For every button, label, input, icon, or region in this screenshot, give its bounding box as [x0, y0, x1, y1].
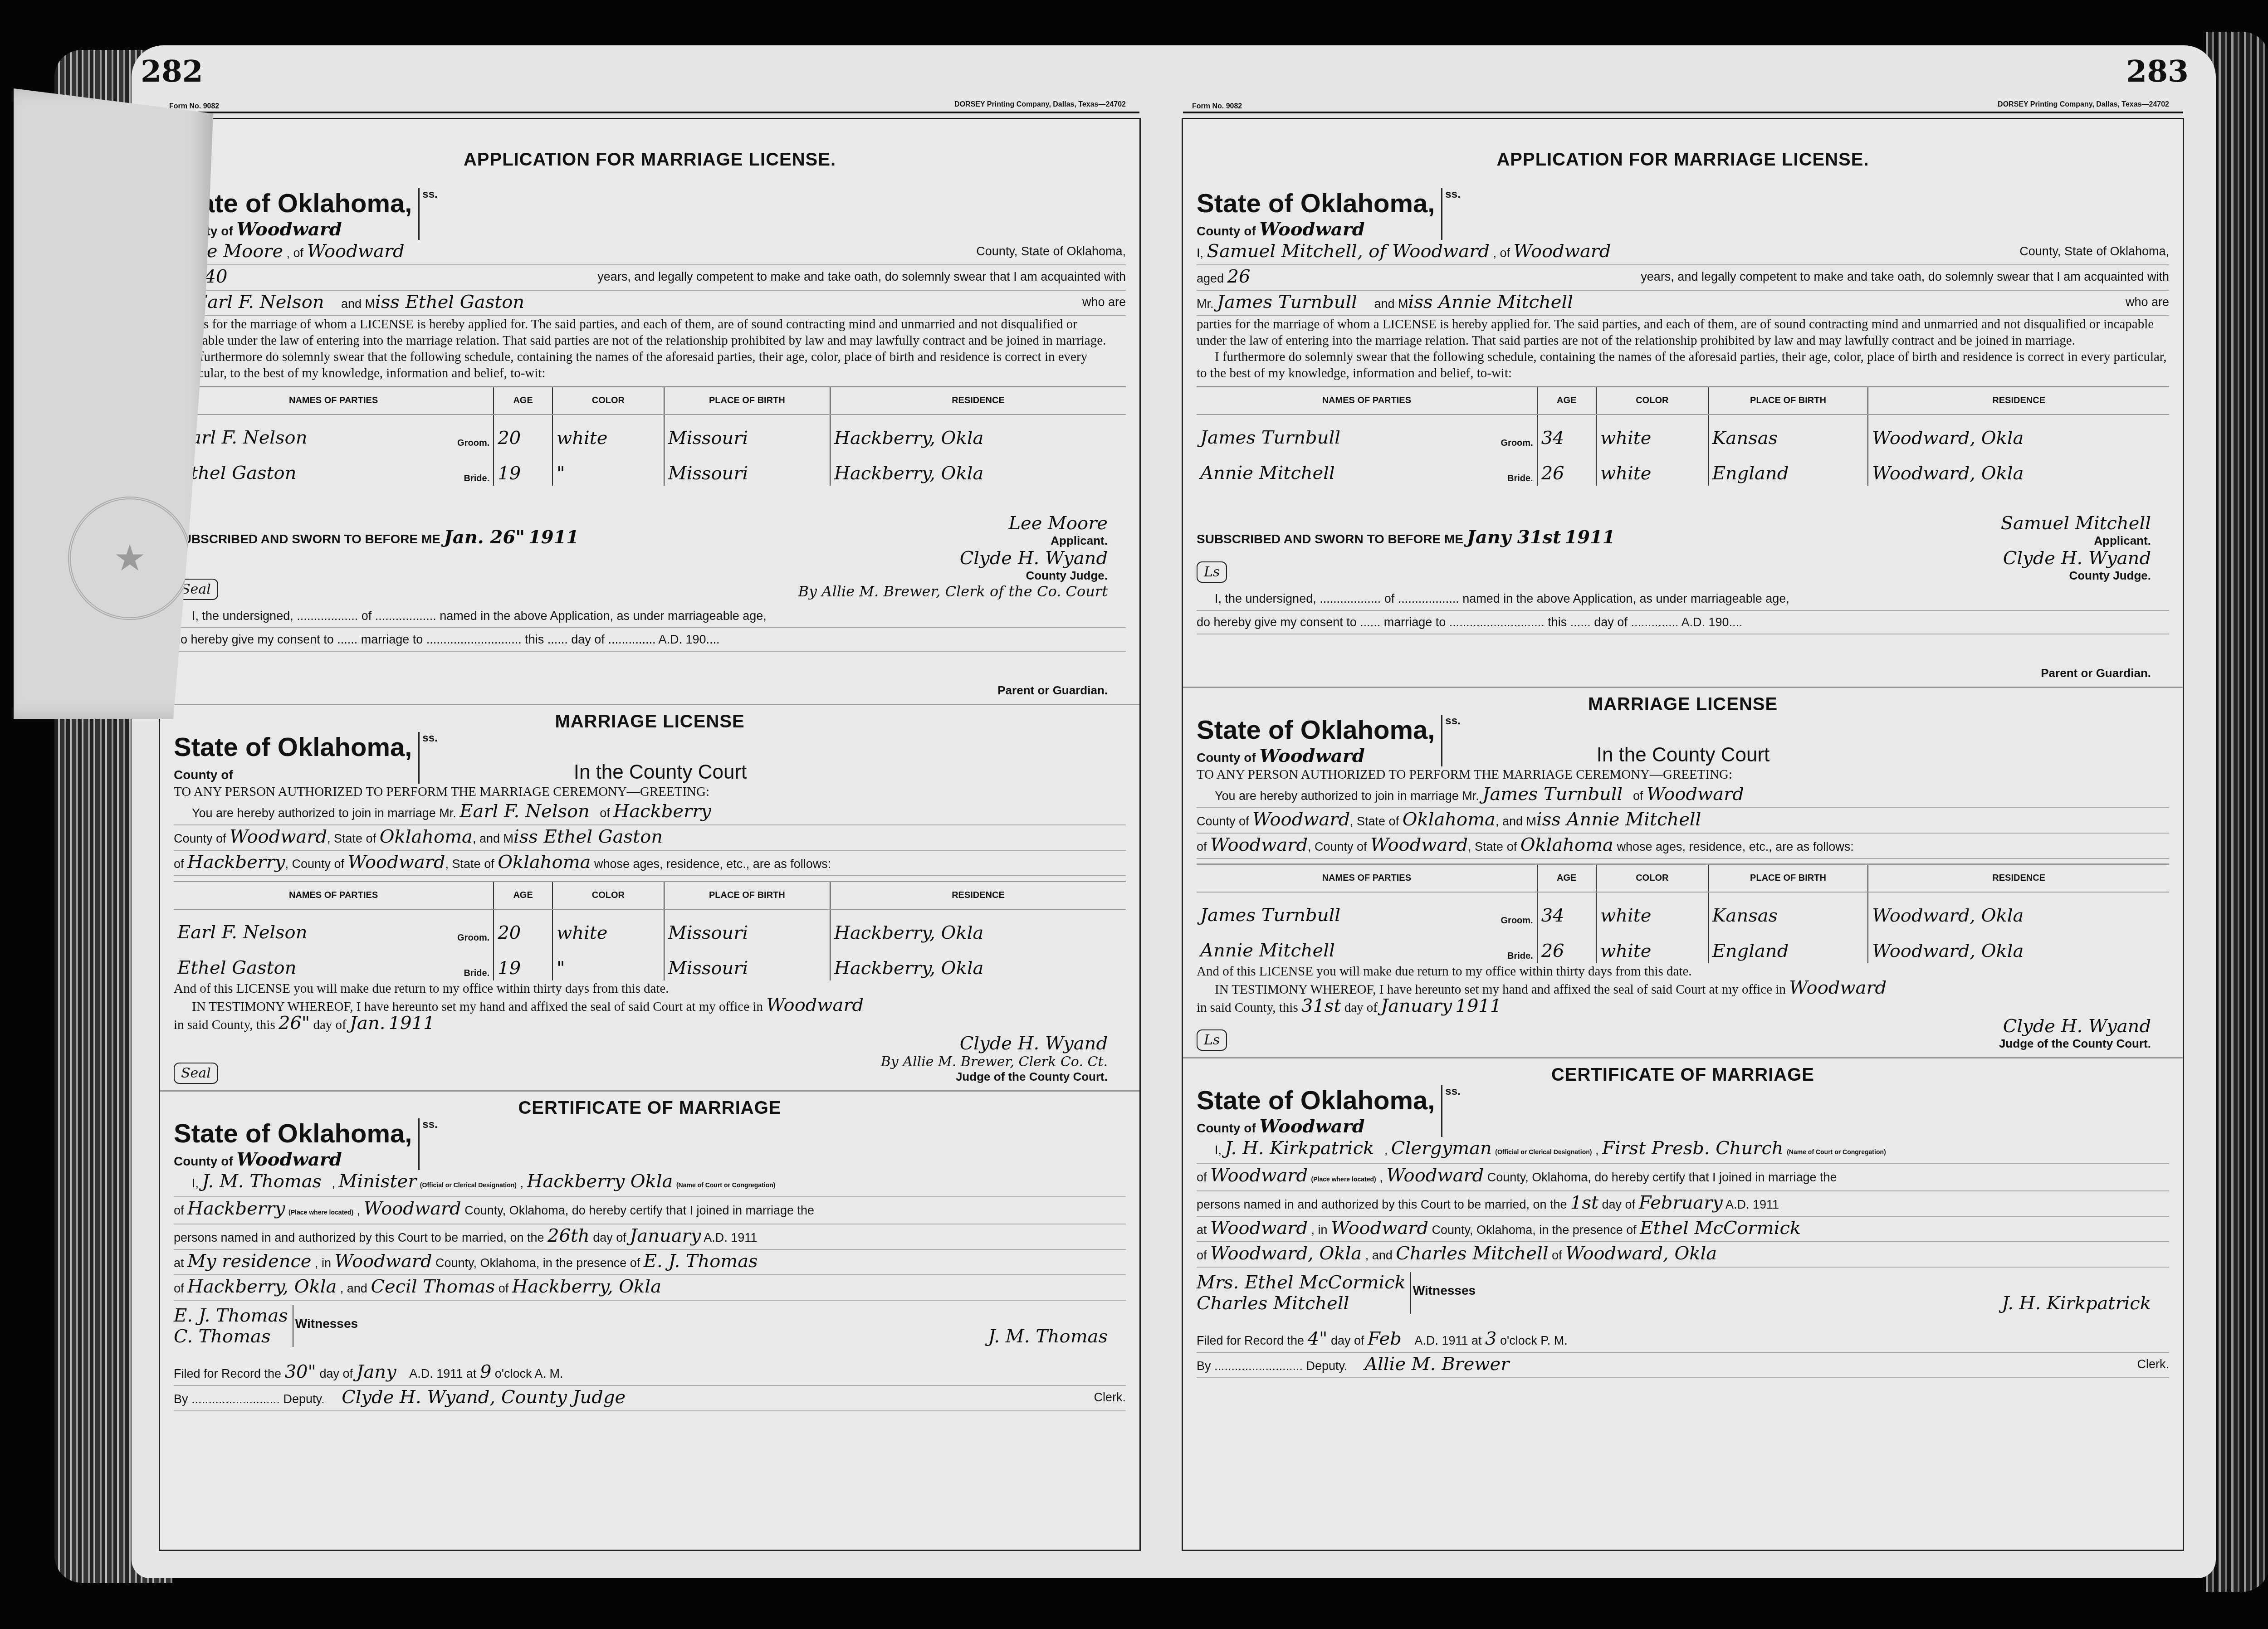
clerk-by-signature: By Allie M. Brewer, Clerk of the Co. Cou…	[798, 583, 1108, 600]
party-role: Bride.	[1507, 473, 1533, 484]
cell-birthplace: Kansas	[1708, 892, 1868, 928]
venue-block: State of Oklahoma, County of Woodward	[1197, 188, 1442, 240]
seal-mark: Ls	[1197, 1029, 1227, 1051]
entry-residence: Woodward, Okla	[1872, 428, 2024, 449]
cell-name: Earl F. NelsonGroom.	[174, 415, 494, 450]
table-header-row: NAMES OF PARTIESAGECOLORPLACE OF BIRTHRE…	[1197, 387, 2169, 415]
cell-age: 26	[1537, 450, 1596, 486]
column-header: COLOR	[1596, 864, 1708, 893]
license-judge-block: Clyde H. WyandJudge of the County Court.	[1999, 1016, 2169, 1051]
married-year: A.D. 1911	[1725, 1198, 1779, 1211]
section-divider	[160, 1090, 1139, 1092]
venue-block: State of Oklahoma,County of Woodward	[174, 1118, 420, 1170]
witnesses-label: Witnesses	[1413, 1283, 1476, 1297]
license-title: MARRIAGE LICENSE	[1197, 694, 2169, 715]
license-date-line: in said County, this 26" day of Jan. 191…	[174, 1015, 1126, 1033]
page-283: 283 Form No. 9082 DORSEY Printing Compan…	[1159, 45, 2216, 1578]
entry-name: James Turnbull	[1200, 905, 1340, 926]
entry-name: Earl F. Nelson	[177, 427, 307, 448]
cell-name: Annie MitchellBride.	[1197, 928, 1537, 963]
license-groom-county: Woodward	[1252, 809, 1350, 830]
officiant-place: Hackberry	[187, 1198, 285, 1219]
authorized-text: You are hereby authorized to join in mar…	[192, 806, 456, 820]
license-judge-label: Judge of the County Court.	[1999, 1037, 2151, 1051]
authorized-text: You are hereby authorized to join in mar…	[1215, 789, 1479, 803]
entry-color: white	[1600, 905, 1652, 926]
entry-birthplace: Missouri	[668, 428, 748, 449]
cell-residence: Hackberry, Okla	[830, 450, 1126, 486]
cell-color: white	[1596, 892, 1708, 928]
county-value: Woodward	[236, 219, 342, 240]
license-month: January	[1381, 995, 1452, 1016]
entry-name: Annie Mitchell	[1200, 463, 1335, 483]
who-are-text: who are	[2126, 291, 2169, 313]
sworn-year: 1911	[1564, 527, 1615, 548]
cell-birthplace: Missouri	[664, 909, 830, 945]
license-groom-line: You are hereby authorized to join in mar…	[1197, 783, 2169, 808]
seal-mark: Ls	[1197, 561, 1227, 583]
testimony-text: IN TESTIMONY WHEREOF, I have hereunto se…	[1215, 982, 1786, 997]
judge-label: County Judge.	[798, 569, 1108, 583]
deputy-line: By .......................... Deputy. Al…	[1197, 1353, 2169, 1378]
county-line: County of Woodward	[1197, 219, 1435, 240]
furthermore-text: I furthermore do solemnly swear that the…	[1197, 349, 2169, 381]
years-text: years, and legally competent to make and…	[597, 265, 1126, 288]
cell-birthplace: Missouri	[664, 450, 830, 486]
section-divider	[160, 704, 1139, 705]
venue-block: State of Oklahoma, County of Woodward	[174, 188, 420, 240]
party-role: Groom.	[1501, 438, 1533, 449]
applicant-label: Applicant.	[1008, 534, 1108, 548]
license-judge-signature: Clyde H. Wyand	[881, 1033, 1108, 1054]
married-month: January	[630, 1225, 701, 1246]
column-header: RESIDENCE	[1868, 387, 2169, 415]
certificate-section: CERTIFICATE OF MARRIAGE State of Oklahom…	[160, 1098, 1139, 1411]
witness-signature-1: Mrs. Ethel McCormick	[1197, 1272, 1406, 1293]
entry-residence: Woodward, Okla	[1872, 905, 2024, 926]
designation-caption: (Official or Clerical Designation)	[420, 1181, 517, 1189]
return-text: And of this LICENSE you will make due re…	[1197, 963, 2169, 980]
ceremony-county: Woodward	[1331, 1218, 1428, 1239]
filed-line: Filed for Record the 4" day of Feb A.D. …	[1197, 1327, 2169, 1353]
party-role: Bride.	[1507, 951, 1533, 961]
groom-name: James Turnbull	[1217, 292, 1357, 312]
county-line: County of Woodward	[174, 219, 412, 240]
table-row: Annie MitchellBride.26whiteEnglandWoodwa…	[1197, 928, 2169, 963]
form-body: APPLICATION FOR MARRIAGE LICENSE. State …	[160, 118, 1139, 1411]
party-role: Bride.	[464, 473, 490, 484]
table-row: Earl F. NelsonGroom.20whiteMissouriHackb…	[174, 909, 1126, 945]
designation-caption: (Official or Clerical Designation)	[1495, 1148, 1592, 1156]
congregation: First Presb. Church	[1602, 1138, 1784, 1159]
filed-line: Filed for Record the 30" day of Jany A.D…	[174, 1361, 1126, 1386]
entry-age: 20	[498, 428, 521, 449]
filed-ampm: o'clock A. M.	[495, 1367, 563, 1380]
cell-color: white	[552, 909, 664, 945]
license-bride-county: Woodward	[348, 852, 445, 873]
license-section: MARRIAGE LICENSE State of Oklahoma,Count…	[160, 712, 1139, 1084]
deputy-line: By .......................... Deputy. Cl…	[174, 1386, 1126, 1411]
witness-box: E. J. ThomasC. Thomas	[174, 1305, 293, 1347]
section-divider	[1183, 1057, 2183, 1058]
license-section: MARRIAGE LICENSE State of Oklahoma,Count…	[1183, 694, 2183, 1051]
license-groom: Earl F. Nelson	[459, 801, 589, 822]
officiant-designation: Minister	[339, 1171, 417, 1192]
witness-signature-2: Charles Mitchell	[1197, 1293, 1406, 1314]
testimony-line: IN TESTIMONY WHEREOF, I have hereunto se…	[1197, 980, 2169, 998]
county-line: County of	[174, 762, 412, 784]
license-venue-row: State of Oklahoma,County of Woodwardss. …	[1197, 715, 2169, 766]
witness-1-of: Woodward, Okla	[1210, 1243, 1362, 1264]
persons-text: persons named in and authorized by this …	[174, 1231, 544, 1244]
venue-block: State of Oklahoma,County of	[174, 732, 420, 784]
entry-age: 20	[498, 922, 521, 943]
applicant-age: 26	[1227, 266, 1251, 287]
judge-signature-block: Clyde H. WyandCounty Judge.	[2003, 548, 2169, 583]
license-bride-county: Woodward	[1370, 834, 1468, 855]
who-are-text: who are	[1082, 291, 1126, 313]
table-header-row: NAMES OF PARTIESAGECOLORPLACE OF BIRTHRE…	[174, 882, 1126, 910]
license-bride-of: Woodward	[1210, 834, 1308, 855]
party-role: Bride.	[464, 968, 490, 979]
county-line: County of Woodward	[174, 1149, 412, 1170]
of-label: , of	[287, 246, 304, 260]
clerk-signature: Clyde H. Wyand, County Judge	[342, 1387, 626, 1408]
entry-name: James Turnbull	[1200, 427, 1340, 448]
married-day: 26th	[547, 1225, 590, 1246]
cell-name: Annie MitchellBride.	[1197, 450, 1537, 486]
cell-residence: Woodward, Okla	[1868, 415, 2169, 450]
certificate-title: CERTIFICATE OF MARRIAGE	[174, 1098, 1126, 1118]
court-heading: In the County Court	[574, 761, 747, 784]
license-clerk-by: By Allie M. Brewer, Clerk Co. Ct.	[881, 1054, 1108, 1070]
cell-color: white	[552, 415, 664, 450]
cell-age: 34	[1537, 892, 1596, 928]
consent-line-2: do hereby give my consent to ...... marr…	[1197, 611, 2169, 634]
witness-1: Ethel McCormick	[1640, 1218, 1801, 1239]
entry-age: 34	[1541, 428, 1564, 449]
column-header: COLOR	[552, 387, 664, 415]
and-m-label: and M	[1374, 297, 1408, 311]
license-date-line: in said County, this 31st day of January…	[1197, 998, 2169, 1016]
cell-birthplace: Kansas	[1708, 415, 1868, 450]
license-groom-of: Hackberry	[613, 801, 711, 822]
officiant-line: I, J. H. Kirkpatrick , Clergyman (Offici…	[1197, 1137, 2169, 1164]
table-row: Ethel GastonBride.19"MissouriHackberry, …	[174, 450, 1126, 486]
license-title: MARRIAGE LICENSE	[174, 712, 1126, 732]
license-groom-of: Woodward	[1647, 784, 1744, 805]
filed-month: Jany	[356, 1361, 396, 1382]
ss-mark: ss.	[422, 1118, 437, 1131]
witness-box: Mrs. Ethel McCormickCharles Mitchell	[1197, 1272, 1411, 1314]
cell-birthplace: Missouri	[664, 415, 830, 450]
venue-block: State of Oklahoma,County of Woodward	[1197, 1085, 1442, 1137]
persons-text: persons named in and authorized by this …	[1197, 1198, 1567, 1211]
parties-table: NAMES OF PARTIESAGECOLORPLACE OF BIRTHRE…	[174, 881, 1126, 980]
officiant-line: I, J. M. Thomas , Minister (Official or …	[174, 1170, 1126, 1197]
table-row: Ethel GastonBride.19"MissouriHackberry, …	[174, 945, 1126, 980]
married-day: 1st	[1570, 1192, 1598, 1213]
county-state-text: County, State of Oklahoma,	[2019, 240, 2169, 263]
sworn-line: SUBSCRIBED AND SWORN TO BEFORE ME Jan. 2…	[174, 527, 579, 548]
witness-2: Charles Mitchell	[1396, 1243, 1548, 1264]
cell-color: white	[1596, 415, 1708, 450]
cell-birthplace: England	[1708, 928, 1868, 963]
entry-residence: Hackberry, Okla	[834, 958, 983, 979]
judge-signature: Clyde H. Wyand	[2003, 548, 2151, 569]
guardian-label: Parent or Guardian.	[1197, 666, 2151, 680]
witness-signature-1: E. J. Thomas	[174, 1305, 288, 1326]
county-value: Woodward	[236, 1149, 342, 1170]
cell-residence: Hackberry, Okla	[830, 945, 1126, 980]
ss-mark: ss.	[1445, 715, 1460, 727]
column-header: NAMES OF PARTIES	[1197, 387, 1537, 415]
cell-residence: Woodward, Okla	[1868, 892, 2169, 928]
state-heading: State of Oklahoma,	[1197, 1085, 1435, 1116]
place-caption: (Place where located)	[288, 1209, 353, 1216]
cell-name: Ethel GastonBride.	[174, 945, 494, 980]
license-bride-residence-line: of Woodward, County of Woodward, State o…	[1197, 834, 2169, 859]
form-number: Form No. 9082	[1192, 102, 1242, 111]
certify-text: County, Oklahoma, do hereby certify that…	[1487, 1171, 1837, 1184]
sworn-label: SUBSCRIBED AND SWORN TO BEFORE ME	[1197, 532, 1463, 546]
officiant-signature: J. H. Kirkpatrick	[2002, 1293, 2169, 1314]
court-heading: In the County Court	[1597, 744, 1770, 766]
office-in: Woodward	[1789, 977, 1887, 998]
state-heading: State of Oklahoma,	[1197, 715, 1435, 745]
applicant-prefix: I,	[1197, 246, 1203, 260]
officiant-designation: Clergyman	[1391, 1138, 1492, 1159]
license-year: 1911	[1455, 995, 1501, 1016]
state-heading: State of Oklahoma,	[1197, 188, 1435, 219]
ss-mark: ss.	[1445, 188, 1460, 201]
party-role: Groom.	[1501, 916, 1533, 926]
license-groom-state: Oklahoma	[1403, 809, 1496, 830]
applicant-county: Woodward	[307, 241, 405, 262]
license-groom-state: Oklahoma	[380, 826, 473, 847]
page-282: 282 Form No. 9082 DORSEY Printing Compan…	[132, 45, 1159, 1578]
day-of-label: day of	[313, 1018, 347, 1032]
entry-color: "	[557, 463, 565, 484]
filed-time: 9	[480, 1361, 491, 1382]
entry-birthplace: Kansas	[1712, 905, 1778, 926]
bride-name: iss Annie Mitchell	[1408, 292, 1573, 312]
table-row: James TurnbullGroom.34whiteKansasWoodwar…	[1197, 415, 2169, 450]
form-frame: Form No. 9082 DORSEY Printing Company, D…	[1182, 118, 2184, 1551]
witness-signature-2: C. Thomas	[174, 1326, 288, 1347]
entry-name: Annie Mitchell	[1200, 940, 1335, 961]
groom-name: Earl F. Nelson	[194, 292, 324, 312]
guardian-block: Parent or Guardian.	[1197, 666, 2169, 680]
officiant-place: Woodward	[1210, 1165, 1308, 1186]
in-county-this: in said County, this	[174, 1018, 275, 1032]
cell-residence: Hackberry, Okla	[830, 909, 1126, 945]
column-header: RESIDENCE	[1868, 864, 2169, 893]
party-role: Groom.	[457, 438, 489, 449]
clerk-signature: Allie M. Brewer	[1364, 1354, 1509, 1375]
witness-signature-row: E. J. ThomasC. Thomas Witnesses J. M. Th…	[174, 1305, 1126, 1347]
sworn-row: SUBSCRIBED AND SWORN TO BEFORE ME Jan. 2…	[174, 513, 1126, 548]
parties-line: Mr. Earl F. Nelson and Miss Ethel Gaston…	[174, 291, 1126, 316]
applicant-line: I, Lee Moore , of Woodward County, State…	[174, 240, 1126, 265]
judge-label: County Judge.	[2003, 569, 2151, 583]
license-judge-label: Judge of the County Court.	[881, 1070, 1108, 1084]
consent-line-2: do hereby give my consent to ...... marr…	[174, 628, 1126, 652]
table-row: James TurnbullGroom.34whiteKansasWoodwar…	[1197, 892, 2169, 928]
column-header: PLACE OF BIRTH	[1708, 387, 1868, 415]
age-line: aged 40 years, and legally competent to …	[174, 265, 1126, 291]
by-label: By	[174, 1392, 188, 1406]
table-header-row: NAMES OF PARTIESAGECOLORPLACE OF BIRTHRE…	[1197, 864, 2169, 893]
venue-block: State of Oklahoma,County of Woodward	[1197, 715, 1442, 766]
congregation-caption: (Name of Court or Congregation)	[1787, 1148, 1886, 1156]
cell-residence: Woodward, Okla	[1868, 928, 2169, 963]
cell-color: "	[552, 945, 664, 980]
column-header: NAMES OF PARTIES	[174, 387, 494, 415]
certificate-title: CERTIFICATE OF MARRIAGE	[1197, 1065, 2169, 1085]
county-label: County of	[1197, 224, 1256, 238]
application-title: APPLICATION FOR MARRIAGE LICENSE.	[1197, 150, 2169, 170]
applicant-label: Applicant.	[2001, 534, 2151, 548]
seal-mark: Seal	[174, 1063, 218, 1084]
witness-1: E. J. Thomas	[644, 1251, 758, 1272]
married-date-line: persons named in and authorized by this …	[1197, 1191, 2169, 1217]
deputy-label: Deputy.	[1306, 1359, 1348, 1373]
married-date-line: persons named in and authorized by this …	[174, 1224, 1126, 1250]
witness-signatures: Mrs. Ethel McCormickCharles Mitchell Wit…	[1197, 1272, 1476, 1314]
and-m-label: and M	[341, 297, 375, 311]
guardian-block: Parent or Guardian.	[174, 683, 1126, 697]
entry-color: white	[557, 922, 608, 943]
congregation: Hackberry Okla	[527, 1171, 673, 1192]
filed-day: 30"	[285, 1361, 316, 1382]
cell-age: 34	[1537, 415, 1596, 450]
ss-mark: ss.	[422, 188, 437, 201]
entry-residence: Hackberry, Okla	[834, 922, 983, 943]
judge-row: Ls Clyde H. WyandCounty Judge.	[1197, 548, 2169, 583]
filed-ampm: o'clock P. M.	[1500, 1334, 1568, 1347]
filed-month: Feb	[1368, 1328, 1402, 1349]
officiant-name: J. M. Thomas	[202, 1171, 322, 1192]
cell-name: Earl F. NelsonGroom.	[174, 909, 494, 945]
ceremony-place: My residence	[187, 1251, 312, 1272]
entry-age: 19	[498, 958, 521, 979]
clerk-label: Clerk.	[1094, 1386, 1126, 1409]
bride-name: iss Ethel Gaston	[375, 292, 524, 312]
column-header: NAMES OF PARTIES	[174, 882, 494, 910]
witness-2: Cecil Thomas	[371, 1276, 495, 1297]
county-label: County of	[174, 768, 233, 782]
in-county-this: in said County, this	[1197, 1000, 1298, 1015]
witness-2-of: Hackberry, Okla	[512, 1276, 661, 1297]
column-header: NAMES OF PARTIES	[1197, 864, 1537, 893]
furthermore-text: I furthermore do solemnly swear that the…	[174, 349, 1126, 381]
cell-name: James TurnbullGroom.	[1197, 892, 1537, 928]
license-judge-row: Seal Clyde H. WyandBy Allie M. Brewer, C…	[174, 1033, 1126, 1084]
county-line: County of Woodward	[1197, 1116, 1435, 1137]
judge-signature: Clyde H. Wyand	[798, 548, 1108, 569]
printer-mark: DORSEY Printing Company, Dallas, Texas—2…	[954, 101, 1126, 109]
witness-signatures: E. J. ThomasC. Thomas Witnesses	[174, 1305, 358, 1347]
page-number: 283	[2126, 54, 2189, 89]
entry-age: 19	[498, 463, 521, 484]
cell-age: 20	[494, 415, 552, 450]
county-label: County of	[174, 1154, 233, 1168]
column-header: AGE	[494, 882, 552, 910]
witness-residence-line: of Woodward, Okla , and Charles Mitchell…	[1197, 1242, 2169, 1268]
application-body: parties for the marriage of whom a LICEN…	[1197, 316, 2169, 349]
place-line: of Woodward (Place where located) , Wood…	[1197, 1164, 2169, 1191]
ss-mark: ss.	[1445, 1085, 1460, 1098]
column-header: PLACE OF BIRTH	[664, 387, 830, 415]
printer-mark: DORSEY Printing Company, Dallas, Texas—2…	[1998, 101, 2169, 109]
form-frame: Form No. 9082 DORSEY Printing Company, D…	[159, 118, 1141, 1551]
witnesses-label: Witnesses	[295, 1317, 358, 1331]
applicant-name: Samuel Mitchell, of Woodward	[1207, 241, 1490, 262]
married-year: A.D. 1911	[704, 1231, 757, 1244]
filed-label: Filed for Record the	[1197, 1334, 1304, 1347]
column-header: AGE	[1537, 387, 1596, 415]
guardian-label: Parent or Guardian.	[174, 683, 1108, 697]
parties-table: NAMES OF PARTIESAGECOLORPLACE OF BIRTHRE…	[174, 386, 1126, 486]
presence-text: County, Oklahoma, in the presence of	[1432, 1223, 1637, 1237]
table-row: Earl F. NelsonGroom.20whiteMissouriHackb…	[174, 415, 1126, 450]
cell-age: 19	[494, 450, 552, 486]
cell-residence: Hackberry, Okla	[830, 415, 1126, 450]
column-header: PLACE OF BIRTH	[664, 882, 830, 910]
deputy-label: Deputy.	[283, 1392, 325, 1406]
application-section: APPLICATION FOR MARRIAGE LICENSE. State …	[160, 118, 1139, 697]
license-judge-row: Ls Clyde H. WyandJudge of the County Cou…	[1197, 1016, 2169, 1051]
cell-age: 19	[494, 945, 552, 980]
filed-year: A.D. 1911	[409, 1367, 463, 1380]
entry-color: white	[557, 428, 608, 449]
section-divider	[1183, 687, 2183, 688]
consent-line-1: I, the undersigned, .................. o…	[174, 605, 1126, 628]
entry-age: 26	[1541, 463, 1564, 484]
parties-table: NAMES OF PARTIESAGECOLORPLACE OF BIRTHRE…	[1197, 386, 2169, 486]
filed-day: 4"	[1308, 1328, 1328, 1349]
application-body: parties for the marriage of whom a LICEN…	[174, 316, 1126, 349]
officiant-signature: J. M. Thomas	[988, 1326, 1126, 1347]
filed-time: 3	[1485, 1328, 1496, 1349]
presence-line: at My residence , in Woodward County, Ok…	[174, 1250, 1126, 1275]
column-header: AGE	[494, 387, 552, 415]
judge-signature-block: Clyde H. WyandCounty Judge.By Allie M. B…	[798, 548, 1126, 600]
applicant-age: 40	[205, 266, 228, 287]
sworn-date: Jan. 26"	[444, 527, 525, 548]
license-groom-county: Woodward	[230, 826, 327, 847]
cell-birthplace: Missouri	[664, 945, 830, 980]
county-state-text: County, State of Oklahoma,	[976, 240, 1126, 263]
entry-birthplace: England	[1712, 941, 1789, 961]
ceremony-county: Woodward	[335, 1251, 432, 1272]
applicant-line: I, Samuel Mitchell, of Woodward , of Woo…	[1197, 240, 2169, 265]
entry-age: 26	[1541, 941, 1564, 961]
entry-color: white	[1600, 463, 1652, 484]
place-line: of Hackberry (Place where located) , Woo…	[174, 1197, 1126, 1224]
entry-birthplace: Kansas	[1712, 428, 1778, 449]
cell-residence: Woodward, Okla	[1868, 450, 2169, 486]
entry-birthplace: Missouri	[668, 958, 748, 979]
married-month: February	[1639, 1192, 1723, 1213]
license-judge-block: Clyde H. WyandBy Allie M. Brewer, Clerk …	[881, 1033, 1126, 1084]
county-line: County of Woodward	[1197, 745, 1435, 766]
license-bride-state: Oklahoma	[498, 852, 591, 873]
license-day: 31st	[1301, 995, 1341, 1016]
star-seal-emboss-icon: ★	[68, 497, 191, 620]
applicant-county: Woodward	[1513, 241, 1611, 262]
